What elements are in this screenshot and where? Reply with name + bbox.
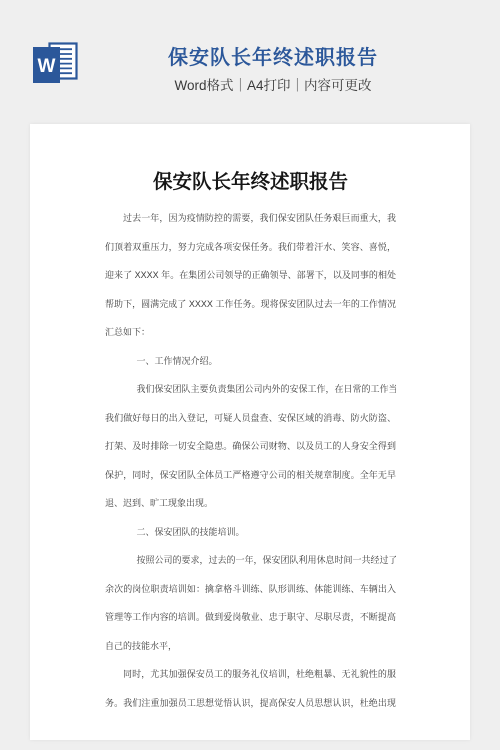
document-line: 二、保安团队的技能培训。: [105, 518, 396, 547]
word-icon-letter: W: [38, 56, 56, 77]
document-line: 迎来了 XXXX 年。在集团公司领导的正确领导、部署下，以及同事的相处: [105, 261, 396, 290]
document-line: 过去一年，因为疫情防控的需要，我们保安团队任务艰巨而重大，我: [105, 204, 396, 233]
document-line: 我们保安团队主要负责集团公司内外的安保工作，在日常的工作当中，: [105, 375, 396, 404]
document-line: 退、迟到、旷工现象出现。: [105, 489, 396, 518]
document-title: 保安队长年终述职报告: [105, 171, 396, 194]
document-line: 务。我们注重加强员工思想觉悟认识，提高保安人员思想认识，杜绝出现: [105, 689, 396, 718]
document-line: 管理等工作内容的培训。做到爱岗敬业、忠于职守、尽职尽责，不断提高: [105, 603, 396, 632]
document-line: 汇总如下：: [105, 318, 396, 347]
document-line: 同时，尤其加强保安员工的服务礼仪培训，杜绝粗暴、无礼貌性的服: [105, 660, 396, 689]
document-line: 们顶着双重压力，努力完成各项安保任务。我们带着汗水、笑容、喜悦，: [105, 233, 396, 262]
document-line: 保护，同时，保安团队全体员工严格遵守公司的相关规章制度。全年无早: [105, 461, 396, 490]
page-subtitle: Word格式｜A4打印｜内容可更改: [46, 77, 500, 94]
word-icon-graphic: W: [33, 42, 79, 84]
document-content: 保安队长年终述职报告 过去一年，因为疫情防控的需要，我们保安团队任务艰巨而重大，…: [30, 124, 470, 717]
document-line: 一、工作情况介绍。: [105, 347, 396, 376]
document-body: 过去一年，因为疫情防控的需要，我们保安团队任务艰巨而重大，我们顶着双重压力，努力…: [105, 204, 396, 717]
document-line: 我们做好每日的出入登记，可疑人员盘查、安保区域的消毒、防火防盗、: [105, 404, 396, 433]
template-preview-screen: W 保安队长年终述职报告 Word格式｜A4打印｜内容可更改 保安队长年终述职报…: [0, 0, 500, 750]
page-title: 保安队长年终述职报告: [46, 45, 500, 71]
document-line: 自己的技能水平，: [105, 632, 396, 661]
document-line: 余次的岗位职责培训如：擒拿格斗训练、队形训练、体能训练、车辆出入: [105, 575, 396, 604]
header-text-block: 保安队长年终述职报告 Word格式｜A4打印｜内容可更改: [46, 0, 500, 94]
header: W 保安队长年终述职报告 Word格式｜A4打印｜内容可更改: [0, 0, 500, 124]
word-document-icon: W: [33, 42, 79, 84]
document-preview-page: 保安队长年终述职报告 过去一年，因为疫情防控的需要，我们保安团队任务艰巨而重大，…: [30, 124, 470, 740]
document-line: 帮助下，圆满完成了 XXXX 工作任务。现将保安团队过去一年的工作情况: [105, 290, 396, 319]
document-line: 打架、及时排除一切安全隐患。确保公司财物、以及员工的人身安全得到: [105, 432, 396, 461]
document-line: 按照公司的要求，过去的一年，保安团队利用休息时间一共经过了 60: [105, 546, 396, 575]
